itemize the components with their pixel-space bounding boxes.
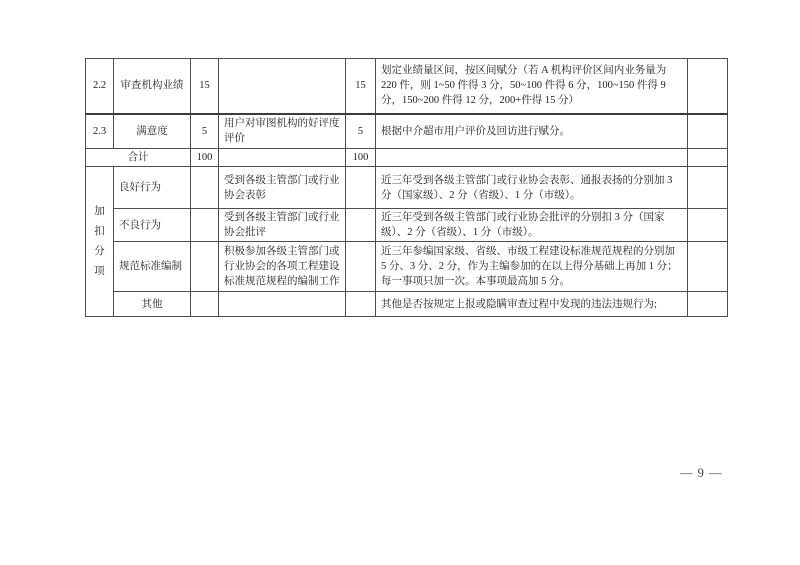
empty-cell xyxy=(219,149,346,167)
item-score: 5 xyxy=(346,114,376,149)
item-id: 2.2 xyxy=(86,59,114,114)
item-criteria xyxy=(219,292,346,317)
item-criteria: 受到各级主管部门或行业协会批评 xyxy=(219,209,346,242)
item-scoring-method: 近三年受到各级主管部门或行业协会批评的分别扣 3 分（国家级）、2 分（省级）、… xyxy=(376,209,688,242)
table-row-other: 其他 其他是否按规定上报或隐瞒审查过程中发现的违法违规行为; xyxy=(86,292,728,317)
item-score: 15 xyxy=(346,59,376,114)
item-criteria: 用户对审图机构的好评度评价 xyxy=(219,114,346,149)
table-row-bad-behavior: 不良行为 受到各级主管部门或行业协会批评 近三年受到各级主管部门或行业协会批评的… xyxy=(86,209,728,242)
empty-cell xyxy=(688,149,728,167)
item-id: 2.3 xyxy=(86,114,114,149)
empty-cell xyxy=(191,209,219,242)
item-scoring-method: 根据中介超市用户评价及回访进行赋分。 xyxy=(376,114,688,149)
empty-cell xyxy=(191,292,219,317)
empty-cell xyxy=(688,242,728,292)
item-name: 规范标准编制 xyxy=(114,242,191,292)
item-criteria: 积极参加各级主管部门或行业协会的各项工程建设标准规范规程的编制工作 xyxy=(219,242,346,292)
empty-cell xyxy=(346,292,376,317)
empty-cell xyxy=(191,242,219,292)
item-name: 其他 xyxy=(114,292,191,317)
item-scoring-method: 其他是否按规定上报或隐瞒审查过程中发现的违法违规行为; xyxy=(376,292,688,317)
empty-cell xyxy=(688,59,728,114)
table-row-total: 合计 100 100 xyxy=(86,149,728,167)
item-name: 审查机构业绩 xyxy=(114,59,191,114)
empty-cell xyxy=(346,242,376,292)
total-weight: 100 xyxy=(191,149,219,167)
item-name: 不良行为 xyxy=(114,209,191,242)
item-criteria: 受到各级主管部门或行业协会表彰 xyxy=(219,167,346,209)
table-row-standards: 规范标准编制 积极参加各级主管部门或行业协会的各项工程建设标准规范规程的编制工作… xyxy=(86,242,728,292)
item-name: 满意度 xyxy=(114,114,191,149)
empty-cell xyxy=(191,167,219,209)
page-number: — 9 — xyxy=(680,466,723,481)
item-weight: 15 xyxy=(191,59,219,114)
bonus-section-header: 加扣分项 xyxy=(86,167,114,317)
item-scoring-method: 近三年参编国家级、省级、市级工程建设标准规范规程的分别加 5 分、3 分、2 分… xyxy=(376,242,688,292)
empty-cell xyxy=(688,114,728,149)
table-row-2-2: 2.2 审查机构业绩 15 15 划定业绩量区间，按区间赋分（若 A 机构评价区… xyxy=(86,59,728,114)
total-score: 100 xyxy=(346,149,376,167)
item-criteria xyxy=(219,59,346,114)
total-label: 合计 xyxy=(86,149,191,167)
evaluation-table: 2.2 审查机构业绩 15 15 划定业绩量区间，按区间赋分（若 A 机构评价区… xyxy=(85,58,728,317)
item-scoring-method: 划定业绩量区间，按区间赋分（若 A 机构评价区间内业务量为 220 件，则 1~… xyxy=(376,59,688,114)
empty-cell xyxy=(688,209,728,242)
item-weight: 5 xyxy=(191,114,219,149)
empty-cell xyxy=(346,167,376,209)
item-scoring-method: 近三年受到各级主管部门或行业协会表彰、通报表扬的分别加 3 分（国家级）、2 分… xyxy=(376,167,688,209)
empty-cell xyxy=(376,149,688,167)
table-row-good-behavior: 加扣分项 良好行为 受到各级主管部门或行业协会表彰 近三年受到各级主管部门或行业… xyxy=(86,167,728,209)
bonus-section-header-label: 加扣分项 xyxy=(94,202,106,282)
item-name: 良好行为 xyxy=(114,167,191,209)
empty-cell xyxy=(346,209,376,242)
table-row-2-3: 2.3 满意度 5 用户对审图机构的好评度评价 5 根据中介超市用户评价及回访进… xyxy=(86,114,728,149)
empty-cell xyxy=(688,167,728,209)
empty-cell xyxy=(688,292,728,317)
